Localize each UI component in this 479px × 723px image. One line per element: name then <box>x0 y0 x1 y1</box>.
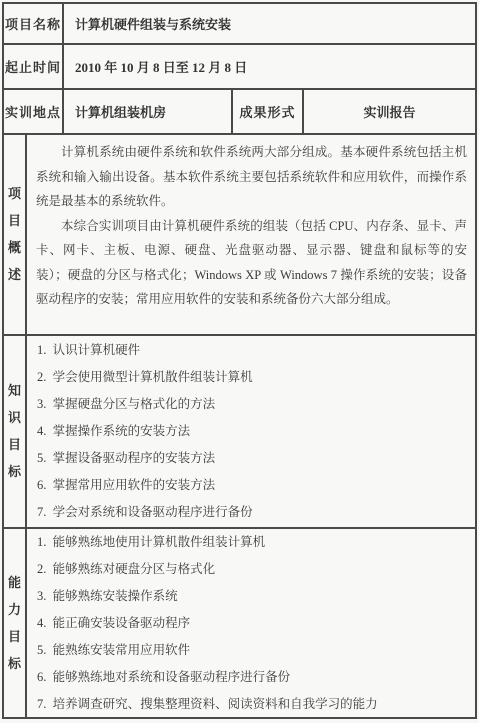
row-project-name: 项目名称 计算机硬件组装与系统安装 <box>4 4 475 45</box>
ability-goal-list: 1. 能够熟练地使用计算机散件组装计算机 2. 能够熟练对硬盘分区与格式化 3.… <box>27 529 475 718</box>
duration-label: 起止时间 <box>4 45 64 88</box>
knowledge-goal-item: 2. 学会使用微型计算机散件组装计算机 <box>37 364 475 391</box>
knowledge-goal-item: 7. 学会对系统和设备驱动程序进行备份 <box>37 499 475 526</box>
knowledge-label-char: 识 <box>8 411 21 425</box>
ability-label-char: 目 <box>8 630 21 644</box>
knowledge-label-char: 知 <box>8 384 21 398</box>
ability-goal-item: 3. 能够熟练安装操作系统 <box>37 583 475 610</box>
overview-paragraph: 本综合实训项目由计算机硬件系统的组装（包括 CPU、内存条、显卡、声卡、网卡、主… <box>36 214 467 312</box>
ability-goal-item: 1. 能够熟练地使用计算机散件组装计算机 <box>37 529 475 556</box>
ability-label-char: 力 <box>8 603 21 617</box>
ability-label-char: 标 <box>8 657 21 671</box>
overview-label-char: 目 <box>8 214 21 228</box>
project-name-value: 计算机硬件组装与系统安装 <box>64 4 475 43</box>
knowledge-goal-item: 5. 掌握设备驱动程序的安装方法 <box>37 445 475 472</box>
ability-goal-item: 6. 能够熟练地对系统和设备驱动程序进行备份 <box>37 664 475 691</box>
location-label: 实训地点 <box>4 90 64 133</box>
knowledge-goal-item: 4. 掌握操作系统的安装方法 <box>37 418 475 445</box>
duration-value: 2010 年 10 月 8 日至 12 月 8 日 <box>64 45 475 88</box>
project-name-label: 项目名称 <box>4 4 64 43</box>
row-location-result: 实训地点 计算机组装机房 成果形式 实训报告 <box>4 90 475 135</box>
knowledge-goal-item: 6. 掌握常用应用软件的安装方法 <box>37 472 475 499</box>
row-overview: 项 目 概 述 计算机系统由硬件系统和软件系统两大部分组成。基本硬件系统包括主机… <box>4 135 475 336</box>
location-value: 计算机组装机房 <box>64 90 233 133</box>
result-value: 实训报告 <box>304 90 475 133</box>
knowledge-goal-item: 3. 掌握硬盘分区与格式化的方法 <box>37 391 475 418</box>
knowledge-goal-item: 1. 认识计算机硬件 <box>37 337 475 364</box>
row-duration: 起止时间 2010 年 10 月 8 日至 12 月 8 日 <box>4 45 475 90</box>
project-info-table: 项目名称 计算机硬件组装与系统安装 起止时间 2010 年 10 月 8 日至 … <box>2 2 477 719</box>
overview-label-char: 述 <box>8 268 21 282</box>
overview-label-char: 概 <box>8 241 21 255</box>
knowledge-label-char: 目 <box>8 438 21 452</box>
row-knowledge-goals: 知 识 目 标 1. 认识计算机硬件 2. 学会使用微型计算机散件组装计算机 3… <box>4 336 475 529</box>
knowledge-label-char: 标 <box>8 465 21 479</box>
ability-vertical-label: 能 力 目 标 <box>4 529 27 718</box>
overview-paragraph: 计算机系统由硬件系统和软件系统两大部分组成。基本硬件系统包括主机系统和输入输出设… <box>36 140 467 214</box>
overview-content: 计算机系统由硬件系统和软件系统两大部分组成。基本硬件系统包括主机系统和输入输出设… <box>27 135 475 334</box>
ability-goal-item: 4. 能正确安装设备驱动程序 <box>37 610 475 637</box>
overview-vertical-label: 项 目 概 述 <box>4 135 27 334</box>
ability-label-char: 能 <box>8 576 21 590</box>
knowledge-vertical-label: 知 识 目 标 <box>4 336 27 527</box>
knowledge-goal-list: 1. 认识计算机硬件 2. 学会使用微型计算机散件组装计算机 3. 掌握硬盘分区… <box>27 336 475 527</box>
overview-label-char: 项 <box>8 187 21 201</box>
ability-goal-item: 7. 培养调查研究、搜集整理资料、阅读资料和自我学习的能力 <box>37 691 475 718</box>
ability-goal-item: 5. 能熟练安装常用应用软件 <box>37 637 475 664</box>
result-label: 成果形式 <box>233 90 304 133</box>
row-ability-goals: 能 力 目 标 1. 能够熟练地使用计算机散件组装计算机 2. 能够熟练对硬盘分… <box>4 529 475 718</box>
scanned-document-page: 项目名称 计算机硬件组装与系统安装 起止时间 2010 年 10 月 8 日至 … <box>0 0 479 723</box>
ability-goal-item: 2. 能够熟练对硬盘分区与格式化 <box>37 556 475 583</box>
